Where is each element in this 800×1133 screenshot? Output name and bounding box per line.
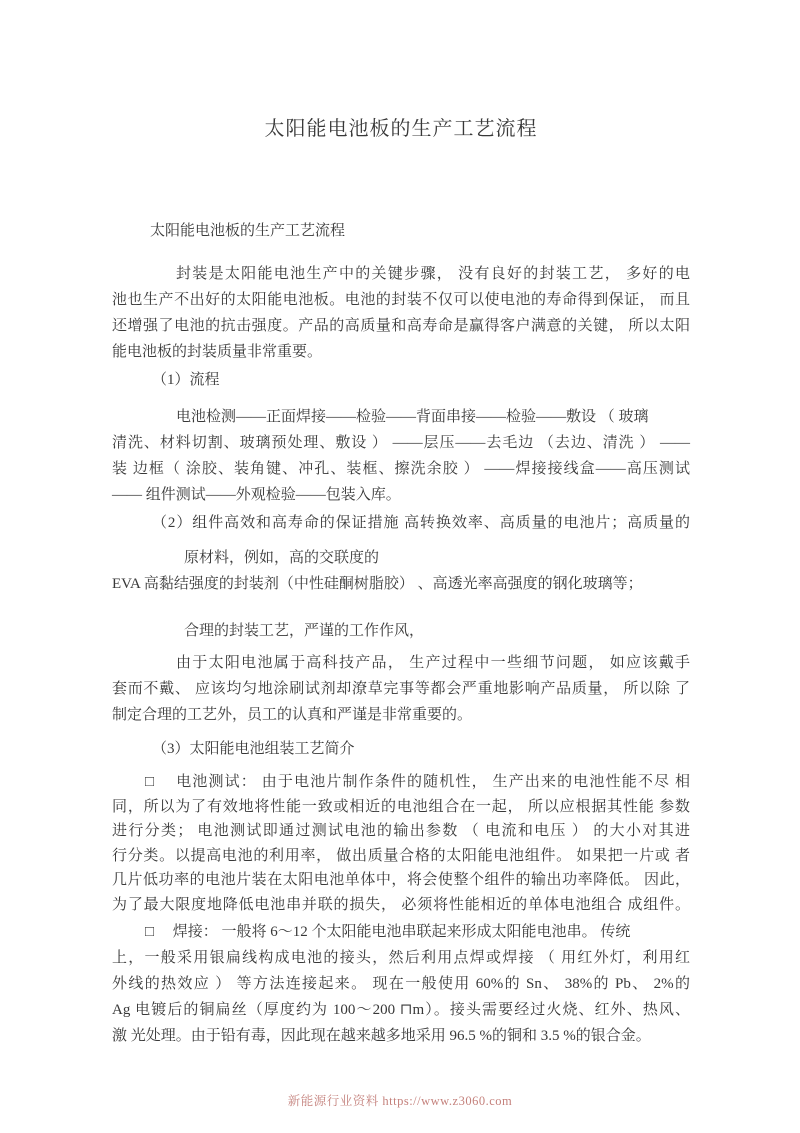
flow-line: 清洗、材料切割、玻璃预处理、敷设 ） ——层压——去毛边 （去边、清洗 ） ——: [112, 430, 690, 456]
heading-assembly: （3）太阳能电池组装工艺简介: [112, 736, 690, 762]
reason-line: 制定合理的工艺外，员工的认真和严谨是非常重要的。: [112, 702, 690, 728]
measures-craft-line: 合理的封装工艺，严谨的工作作风，: [112, 618, 690, 644]
heading-measures: （2）组件高效和高寿命的保证措施 高转换效率、高质量的电池片；高质量的: [112, 510, 690, 536]
reason-line: 由于太阳电池属于高科技产品， 生产过程中一些细节问题， 如应该戴手: [112, 650, 690, 676]
cell-test-line: 为了最大限度地降低电池串并联的损失， 必须将性能相近的单体电池组合 成组件。: [112, 893, 690, 918]
intro-line: 能电池板的封装质量非常重要。: [112, 339, 690, 365]
measures-eva-line: EVA 高黏结强度的封装剂（中性硅酮树脂胶） 、高透光率高强度的钢化玻璃等；: [112, 571, 690, 597]
intro-paragraph: 封装是太阳能电池生产中的关键步骤， 没有良好的封装工艺， 多好的电 池也生产不出…: [112, 261, 690, 365]
flow-line: —— 组件测试——外观检验——包装入库。: [112, 482, 690, 508]
document-content: 太阳能电池板的生产工艺流程 太阳能电池板的生产工艺流程 封装是太阳能电池生产中的…: [0, 0, 800, 1049]
welding-line: 外线的热效应 ） 等方法连接起来。 现在一般使用 60%的 Sn、 38%的 P…: [112, 971, 690, 997]
cell-test-line: 几片低功率的电池片装在太阳电池单体中，将会使整个组件的输出功率降低。 因此，: [112, 868, 690, 893]
document-page: 太阳能电池板的生产工艺流程 太阳能电池板的生产工艺流程 封装是太阳能电池生产中的…: [0, 0, 800, 1133]
reason-paragraph: 由于太阳电池属于高科技产品， 生产过程中一些细节问题， 如应该戴手 套而不戴、 …: [112, 650, 690, 728]
cell-test-line: 行分类。以提高电池的利用率， 做出质量合格的太阳能电池组件。 如果把一片或 者: [112, 844, 690, 869]
section-title: 太阳能电池板的生产工艺流程: [112, 218, 690, 244]
intro-line: 池也生产不出好的太阳能电池板。电池的封装不仅可以使电池的寿命得到保证， 而且: [112, 287, 690, 313]
page-title: 太阳能电池板的生产工艺流程: [112, 116, 690, 142]
intro-line: 还增强了电池的抗击强度。产品的高质量和高寿命是赢得客户满意的关键， 所以太阳: [112, 313, 690, 339]
cell-test-line: 进行分类； 电池测试即通过测试电池的输出参数 （ 电流和电压 ） 的大小对其进: [112, 819, 690, 844]
flow-line: 电池检测——正面焊接——检验——背面串接——检验——敷设 （ 玻璃: [112, 404, 690, 430]
cell-test-line: 同，所以为了有效地将性能一致或相近的电池组合在一起， 所以应根据其性能 参数: [112, 795, 690, 820]
cell-test-line: □ 电池测试： 由于电池片制作条件的随机性， 生产出来的电池性能不尽 相: [112, 770, 690, 795]
flow-line: 装 边框（ 涂胶、装角键、冲孔、装框、擦洗余胶 ） ——焊接接线盒——高压测试: [112, 456, 690, 482]
welding-line: 上，一般采用银扁线构成电池的接头，然后利用点焊或焊接 （ 用红外灯，利用红: [112, 945, 690, 971]
welding-line: □ 焊接： 一般将 6～12 个太阳能电池串联起来形成太阳能电池串。 传统: [112, 919, 690, 945]
welding-line: Ag 电镀后的铜扁丝（厚度约为 100～200 ⊓m）。接头需要经过火烧、红外、…: [112, 997, 690, 1023]
measures-raw-material-line: 原材料，例如，高的交联度的: [112, 545, 690, 571]
intro-line: 封装是太阳能电池生产中的关键步骤， 没有良好的封装工艺， 多好的电: [112, 261, 690, 287]
welding-line: 激 光处理。由于铅有毒，因此现在越来越多地采用 96.5 %的铜和 3.5 %的…: [112, 1023, 690, 1049]
flow-paragraph: 电池检测——正面焊接——检验——背面串接——检验——敷设 （ 玻璃 清洗、材料切…: [112, 404, 690, 508]
footer-watermark: 新能源行业资料 https://www.z3060.com: [0, 1092, 800, 1110]
welding-paragraph: □ 焊接： 一般将 6～12 个太阳能电池串联起来形成太阳能电池串。 传统 上，…: [112, 919, 690, 1049]
heading-flow: （1）流程: [112, 367, 690, 393]
reason-line: 套而不戴、 应该均匀地涂刷试剂却潦草完事等都会严重地影响产品质量， 所以除 了: [112, 676, 690, 702]
cell-test-paragraph: □ 电池测试： 由于电池片制作条件的随机性， 生产出来的电池性能不尽 相 同，所…: [112, 770, 690, 917]
